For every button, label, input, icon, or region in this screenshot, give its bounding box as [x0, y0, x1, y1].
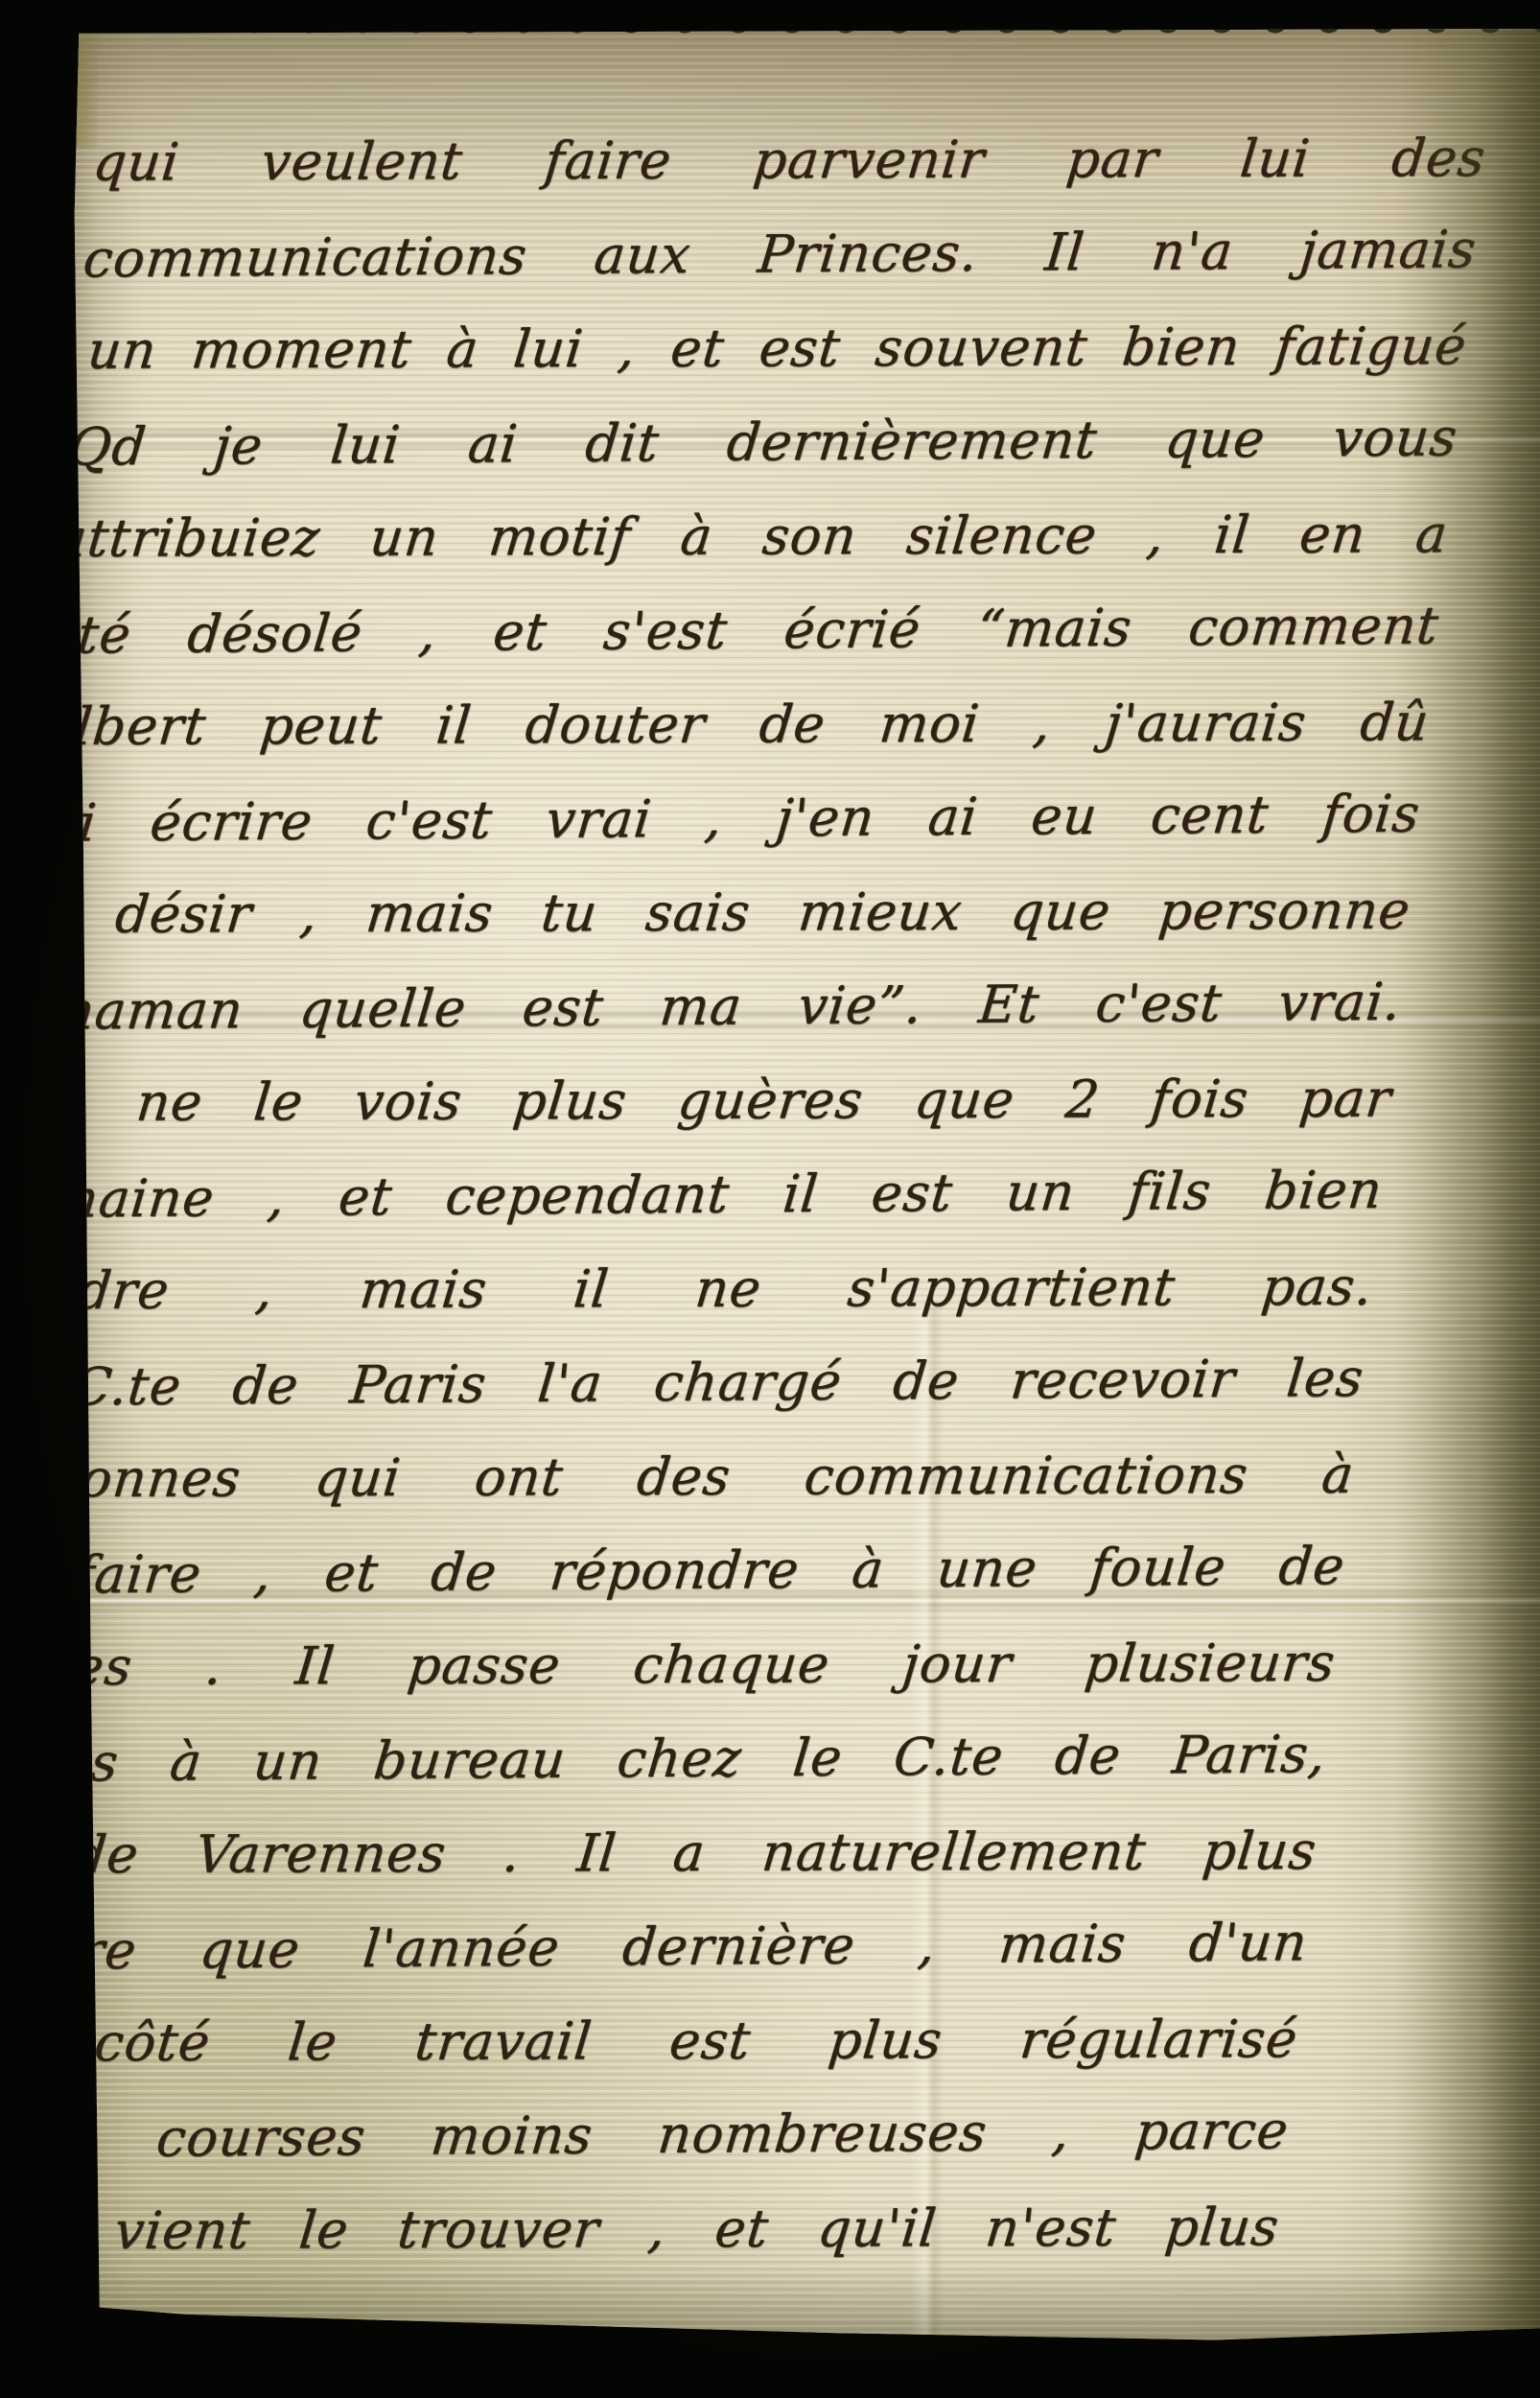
letter-line: lui écrire c'est vrai , j'en ai eu cent … [23, 766, 1425, 870]
letter-line: qui veulent faire parvenir par lui des [88, 111, 1490, 210]
letter-line: Je ne le vois plus guères que 2 fois par [0, 1051, 1396, 1150]
letter-line: semaine , et cependant il est un fils bi… [0, 1143, 1387, 1247]
letter-paper: qui veulent faire parvenir par lui des c… [67, 29, 1540, 2354]
handwritten-text-block: qui veulent faire parvenir par lui des c… [0, 109, 1490, 2280]
letter-line: personnes qui ont des communications à [0, 1428, 1359, 1527]
letter-line: maman quelle est ma vie”. Et c'est vrai. [4, 955, 1406, 1059]
letter-line: tendre , mais il ne s'appartient pas. [0, 1240, 1377, 1339]
letter-photograph: qui veulent faire parvenir par lui des c… [0, 0, 1540, 2398]
letter-line: Qd je lui ai dit dernièrement que vous [60, 390, 1462, 494]
letter-line: un moment à lui , et est souvent bien fa… [70, 299, 1472, 398]
letter-line: communications aux Princes. Il n'a jamai… [79, 202, 1481, 306]
letter-line: Albert peut il douter de moi , j'aurais … [33, 675, 1435, 774]
letter-line: lettres . Il passe chaque jour plusieurs [0, 1616, 1340, 1715]
paper-perforated-top-edge [67, 27, 1540, 40]
letter-line: et les courses moins nombreuses , parce [0, 2083, 1293, 2187]
paper-corner-sliver [73, 33, 98, 148]
letter-line: été désolé , et s'est écrié “mais commen… [41, 578, 1443, 682]
letter-line: attribuiez un motif à son silence , il e… [51, 487, 1453, 586]
letter-line: le C.te de Paris l'a chargé de recevoir … [0, 1331, 1368, 1435]
letter-line: qu'on vient le trouver , et qu'il n'est … [0, 2180, 1284, 2279]
letter-line: heures à un bureau chez le C.te de Paris… [0, 1707, 1331, 1811]
letter-line: lui faire , et de répondre à une foule d… [0, 1519, 1349, 1623]
letter-line: le désir , mais tu sais mieux que person… [13, 863, 1415, 962]
letter-line: à faire que l'année dernière , mais d'un [0, 1895, 1312, 1999]
letter-line: rue de Varennes . Il a naturellement plu… [0, 1804, 1321, 1903]
letter-line: aut. côté le travail est plus régularisé [0, 1992, 1302, 2091]
photo-bottom-vignette [67, 2268, 1540, 2354]
